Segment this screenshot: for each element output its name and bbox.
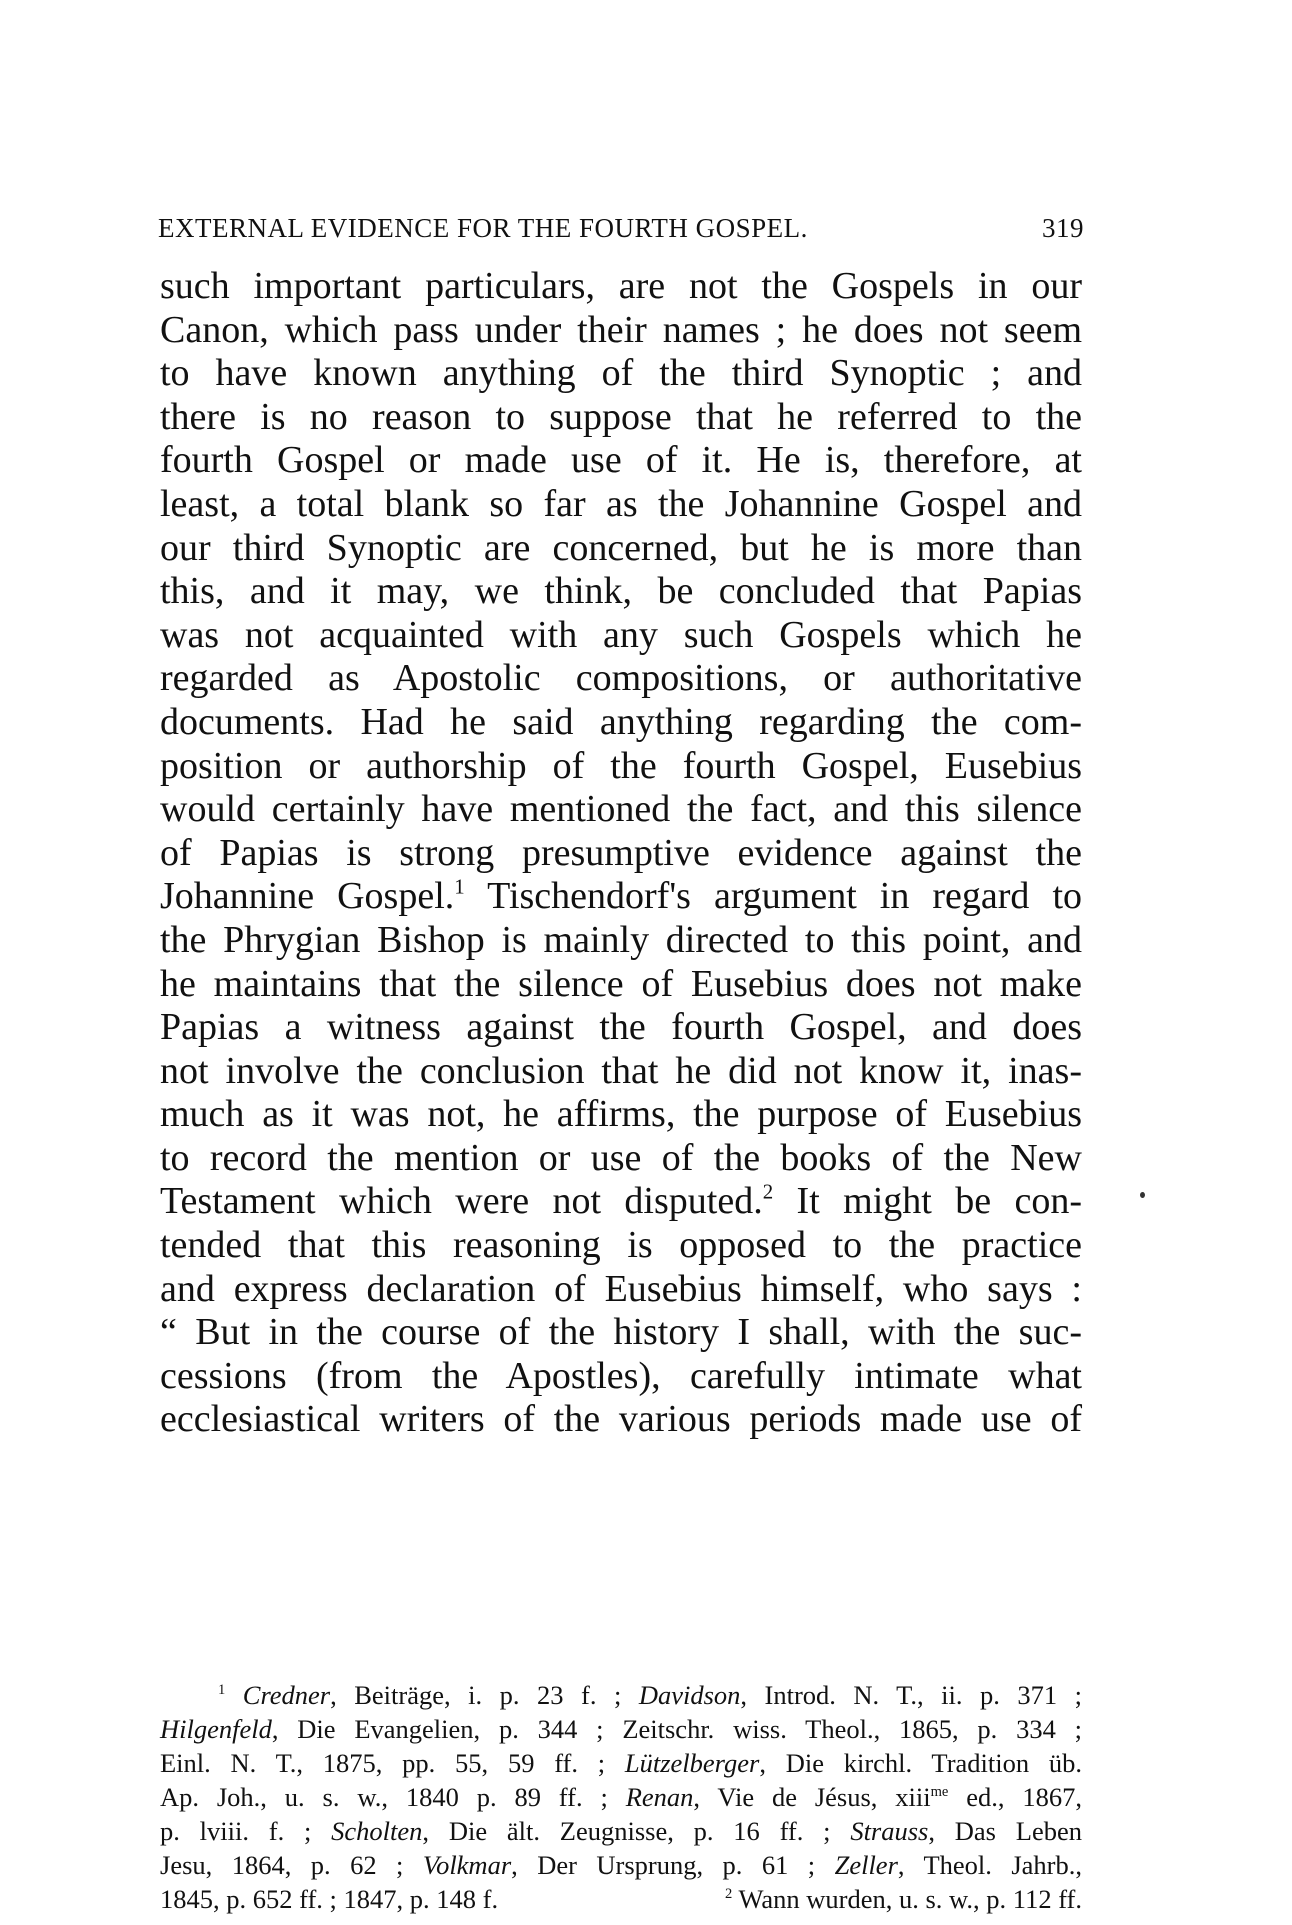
- footnote-1-line: p. lviii. f. ; Scholten, Die ält. Zeugni…: [160, 1814, 1082, 1848]
- text-line: Canon, which pass under their names ; he…: [160, 309, 1082, 353]
- citation-text: Einl. N. T., 1875, pp. 55, 59 ff. ;: [160, 1748, 625, 1778]
- footnote-marker-1: 1: [218, 1682, 225, 1698]
- citation-text: Ap. Joh., u. s. w., 1840 p. 89 ff. ;: [160, 1782, 626, 1812]
- text-line: much as it was not, he affirms, the purp…: [160, 1093, 1082, 1137]
- footnote-last-line: 1845, p. 652 ff. ; 1847, p. 148 f. 2 Wan…: [160, 1882, 1082, 1916]
- citation-text: , Introd. N. T., ii. p. 371 ;: [740, 1680, 1082, 1710]
- text-line: not involve the conclusion that he did n…: [160, 1050, 1082, 1094]
- text-line: was not acquainted with any such Gospels…: [160, 614, 1082, 658]
- footnote-1-line: Einl. N. T., 1875, pp. 55, 59 ff. ; Lütz…: [160, 1746, 1082, 1780]
- text-fragment: Testament which were not disputed.: [160, 1180, 763, 1222]
- running-head-title: External Evidence for the Fourth Gospel.: [158, 213, 808, 244]
- author-name: Scholten: [331, 1816, 422, 1846]
- text-line: such important particulars, are not the …: [160, 265, 1082, 309]
- text-line: there is no reason to suppose that he re…: [160, 396, 1082, 440]
- text-line: of Papias is strong presumptive evidence…: [160, 832, 1082, 876]
- author-name: Renan: [626, 1782, 694, 1812]
- body-text: such important particulars, are not the …: [160, 265, 1082, 1442]
- citation-text: Jesu, 1864, p. 62 ;: [160, 1850, 423, 1880]
- text-line: and express declaration of Eusebius hims…: [160, 1268, 1082, 1312]
- text-line: the Phrygian Bishop is mainly directed t…: [160, 919, 1082, 963]
- text-line: “ But in the course of the history I sha…: [160, 1311, 1082, 1355]
- text-fragment: Tischendorf's argument in regard to: [487, 875, 1082, 917]
- footnote-1-line: Jesu, 1864, p. 62 ; Volkmar, Der Ursprun…: [160, 1848, 1082, 1882]
- text-line: fourth Gospel or made use of it. He is, …: [160, 439, 1082, 483]
- citation-text: Wann wurden, u. s. w., p. 112 ff.: [738, 1884, 1082, 1914]
- text-line: would certainly have mentioned the fact,…: [160, 788, 1082, 832]
- citation-text: p. lviii. f. ;: [160, 1816, 331, 1846]
- ordinal-suffix: me: [931, 1784, 949, 1800]
- citation-text: , Vie de Jésus, xiii: [693, 1782, 930, 1812]
- author-name: Volkmar: [423, 1850, 511, 1880]
- author-name: Zeller: [835, 1850, 898, 1880]
- citation-text: , Theol. Jahrb.,: [898, 1850, 1082, 1880]
- text-line: this, and it may, we think, be concluded…: [160, 570, 1082, 614]
- footnote-1-line: Ap. Joh., u. s. w., 1840 p. 89 ff. ; Ren…: [160, 1780, 1082, 1814]
- text-fragment: It might be con-: [797, 1180, 1082, 1222]
- footnotes: 1 Credner, Beiträge, i. p. 23 f. ; David…: [160, 1678, 1082, 1916]
- text-line: tended that this reasoning is opposed to…: [160, 1224, 1082, 1268]
- citation-text: 1845, p. 652 ff. ; 1847, p. 148 f.: [160, 1882, 498, 1916]
- footnote-1-line: 1 Credner, Beiträge, i. p. 23 f. ; David…: [160, 1678, 1082, 1712]
- footnote-2: 2 Wann wurden, u. s. w., p. 112 ff.: [725, 1882, 1082, 1916]
- citation-text: , Die Evangelien, p. 344 ; Zeitschr. wis…: [272, 1714, 1082, 1744]
- page-number: 319: [1042, 213, 1084, 244]
- scan-speck: [1140, 1192, 1145, 1198]
- footnote-1-line: Hilgenfeld, Die Evangelien, p. 344 ; Zei…: [160, 1712, 1082, 1746]
- book-page: External Evidence for the Fourth Gospel.…: [0, 0, 1292, 1925]
- citation-text: , Das Leben: [928, 1816, 1082, 1846]
- text-line: he maintains that the silence of Eusebiu…: [160, 963, 1082, 1007]
- text-line: cessions (from the Apostles), carefully …: [160, 1355, 1082, 1399]
- text-line: Johannine Gospel.1 Tischendorf's argumen…: [160, 875, 1082, 919]
- text-line: Testament which were not disputed.2 It m…: [160, 1180, 1082, 1224]
- text-line: to have known anything of the third Syno…: [160, 352, 1082, 396]
- author-name: Hilgenfeld: [160, 1714, 272, 1744]
- citation-text: ed., 1867,: [948, 1782, 1082, 1812]
- text-line: documents. Had he said anything regardin…: [160, 701, 1082, 745]
- footnote-marker-2: 2: [725, 1886, 732, 1902]
- text-line: least, a total blank so far as the Johan…: [160, 483, 1082, 527]
- text-line: ecclesiastical writers of the various pe…: [160, 1398, 1082, 1442]
- citation-text: , Die ält. Zeugnisse, p. 16 ff. ;: [422, 1816, 850, 1846]
- running-head: External Evidence for the Fourth Gospel.…: [158, 213, 1084, 244]
- text-fragment: Johannine Gospel.: [160, 875, 454, 917]
- author-name: Strauss: [850, 1816, 928, 1846]
- footnote-ref-2[interactable]: 2: [763, 1180, 773, 1204]
- text-line: Papias a witness against the fourth Gosp…: [160, 1006, 1082, 1050]
- text-line: regarded as Apostolic compositions, or a…: [160, 657, 1082, 701]
- citation-text: , Die kirchl. Tradition üb.: [759, 1748, 1082, 1778]
- author-name: Davidson: [639, 1680, 741, 1710]
- text-line: to record the mention or use of the book…: [160, 1137, 1082, 1181]
- text-line: our third Synoptic are concerned, but he…: [160, 527, 1082, 571]
- citation-text: , Beiträge, i. p. 23 f. ;: [330, 1680, 639, 1710]
- footnote-ref-1[interactable]: 1: [454, 875, 464, 899]
- author-name: Lützelberger: [625, 1748, 759, 1778]
- author-name: Credner: [243, 1680, 330, 1710]
- citation-text: , Der Ursprung, p. 61 ;: [511, 1850, 834, 1880]
- text-line: position or authorship of the fourth Gos…: [160, 745, 1082, 789]
